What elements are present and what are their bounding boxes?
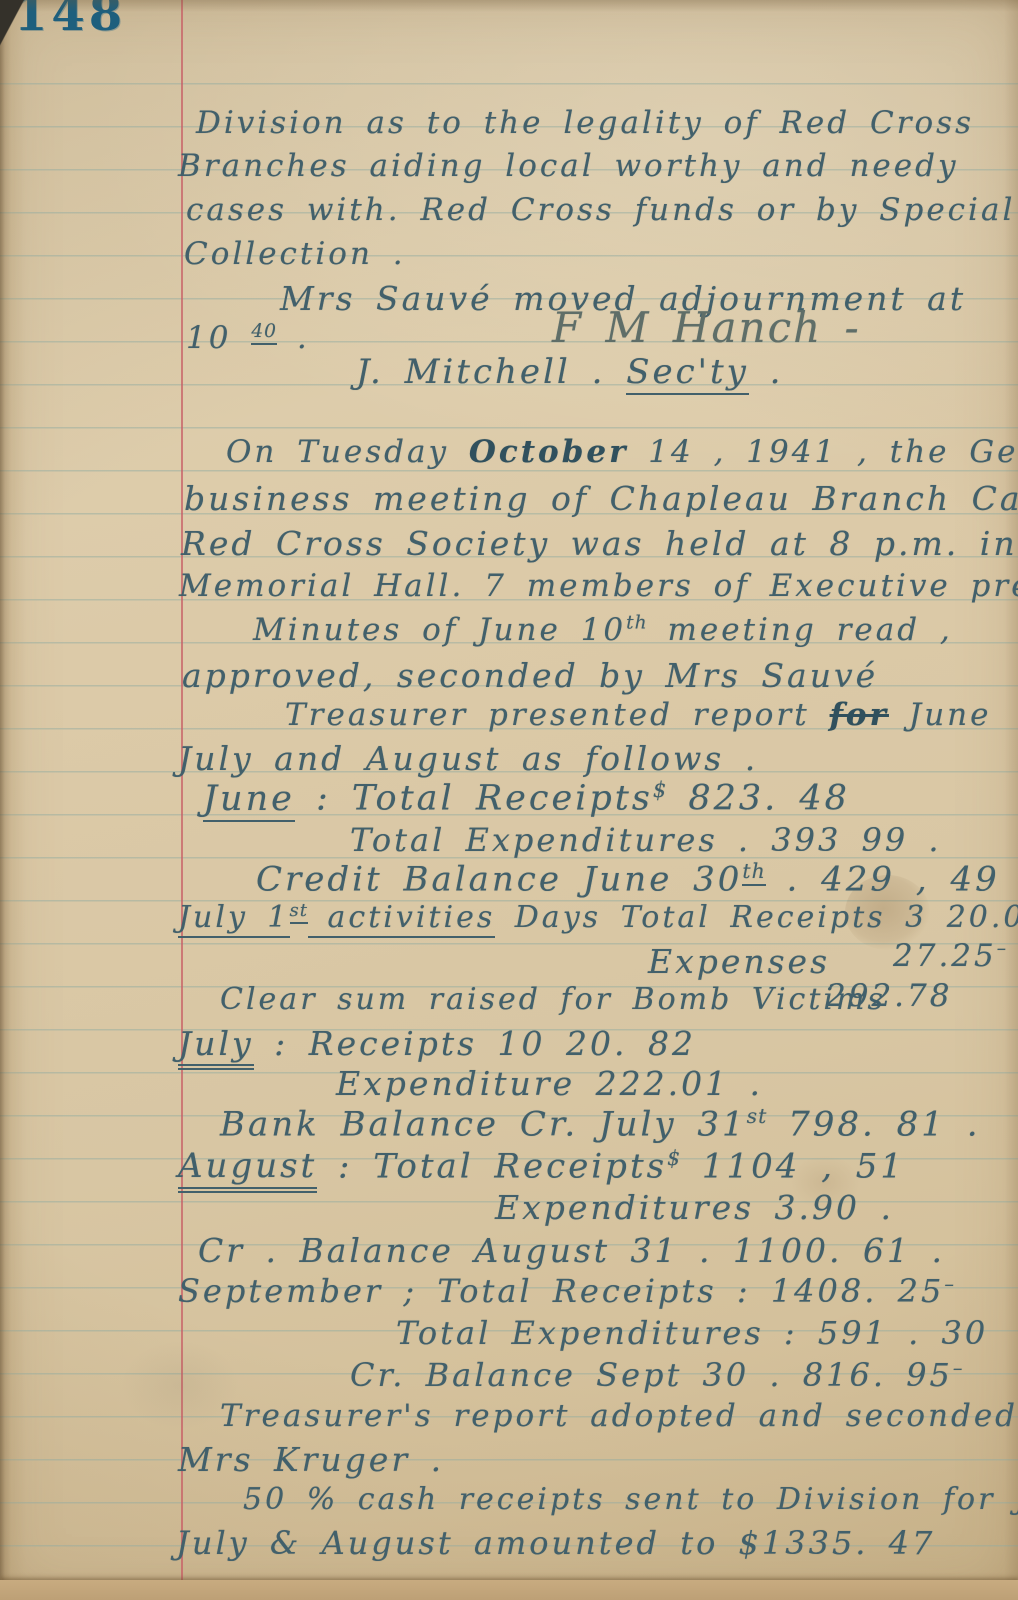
notebook-page: 148 Division as to the legality of Red C… — [0, 0, 1018, 1600]
page-edge-right — [1004, 0, 1018, 1600]
line-minutes-2: approved, seconded by Mrs Sauvé — [182, 656, 878, 695]
line-division-1: 50 % cash receipts sent to Division for … — [243, 1482, 1018, 1517]
line-meeting-3: Red Cross Society was held at 8 p.m. in … — [181, 524, 1018, 563]
line-meeting-2: business meeting of Chapleau Branch Can … — [184, 479, 1018, 518]
line-minutes-1: Minutes of June 10th meeting read , — [253, 612, 953, 648]
page-edge-bottom — [0, 1580, 1018, 1600]
line-july1-expenses-label: Expenses — [648, 942, 830, 981]
page-edge-top — [0, 0, 1018, 12]
line-june-balance: Credit Balance June 30th . 429 , 49 — [256, 859, 1000, 899]
line-september-expenditures: Total Expenditures : 591 . 30 — [396, 1314, 988, 1352]
line-meeting-4: Memorial Hall. 7 members of Executive pr… — [179, 568, 1018, 604]
line-september-receipts: September ; Total Receipts : 1408. 25– — [178, 1272, 955, 1310]
line-time: 10 40 . — [186, 320, 310, 356]
signature-chair: F M Hanch - — [552, 303, 861, 352]
scanned-page-background: 148 Division as to the legality of Red C… — [0, 0, 1018, 1600]
line-july1-activities: July 1st activities Days Total Receipts … — [178, 900, 1018, 935]
line-september-balance: Cr. Balance Sept 30 . 816. 95– — [350, 1356, 964, 1394]
line-august-receipts: August : Total Receipts$ 1104 , 51 — [178, 1146, 905, 1186]
line-legality-4: Collection . — [184, 236, 406, 272]
line-july-receipts: July : Receipts 10 20. 82 — [178, 1024, 696, 1063]
line-june-expenditures: Total Expenditures . 393 99 . — [350, 821, 942, 859]
line-division-2: July & August amounted to $1335. 47 — [176, 1524, 935, 1562]
line-treasurer-2: July and August as follows . — [178, 739, 758, 778]
line-june-receipts: June : Total Receipts$ 823. 48 — [203, 778, 850, 819]
line-adopted-1: Treasurer's report adopted and seconded … — [220, 1398, 1018, 1434]
book-corner-top-left — [0, 0, 34, 52]
line-meeting-1: On Tuesday October 14 , 1941 , the Gener… — [226, 434, 1018, 470]
line-august-expenditures: Expenditures 3.90 . — [495, 1188, 894, 1227]
line-legality-3: cases with. Red Cross funds or by Specia… — [186, 192, 1015, 228]
line-legality-1: Division as to the legality of Red Cross — [196, 105, 974, 141]
margin-line — [181, 0, 183, 1582]
line-adopted-2: Mrs Kruger . — [178, 1440, 444, 1479]
page-edge-left — [0, 0, 26, 1600]
signature-secretary: J. Mitchell . Sec'ty . — [356, 352, 784, 392]
line-august-balance: Cr . Balance August 31 . 1100. 61 . — [198, 1231, 945, 1270]
line-july-balance: Bank Balance Cr. July 31st 798. 81 . — [220, 1104, 981, 1144]
line-july-expenditure: Expenditure 222.01 . — [336, 1064, 763, 1103]
line-bomb-victims-value: 292.78 — [826, 978, 952, 1014]
line-legality-2: Branches aiding local worthy and needy — [178, 148, 958, 184]
line-treasurer-1: Treasurer presented report for June — [285, 697, 992, 733]
line-bomb-victims: Clear sum raised for Bomb Victims — [220, 982, 886, 1017]
line-july1-expenses-value: 27.25– — [893, 938, 1007, 974]
